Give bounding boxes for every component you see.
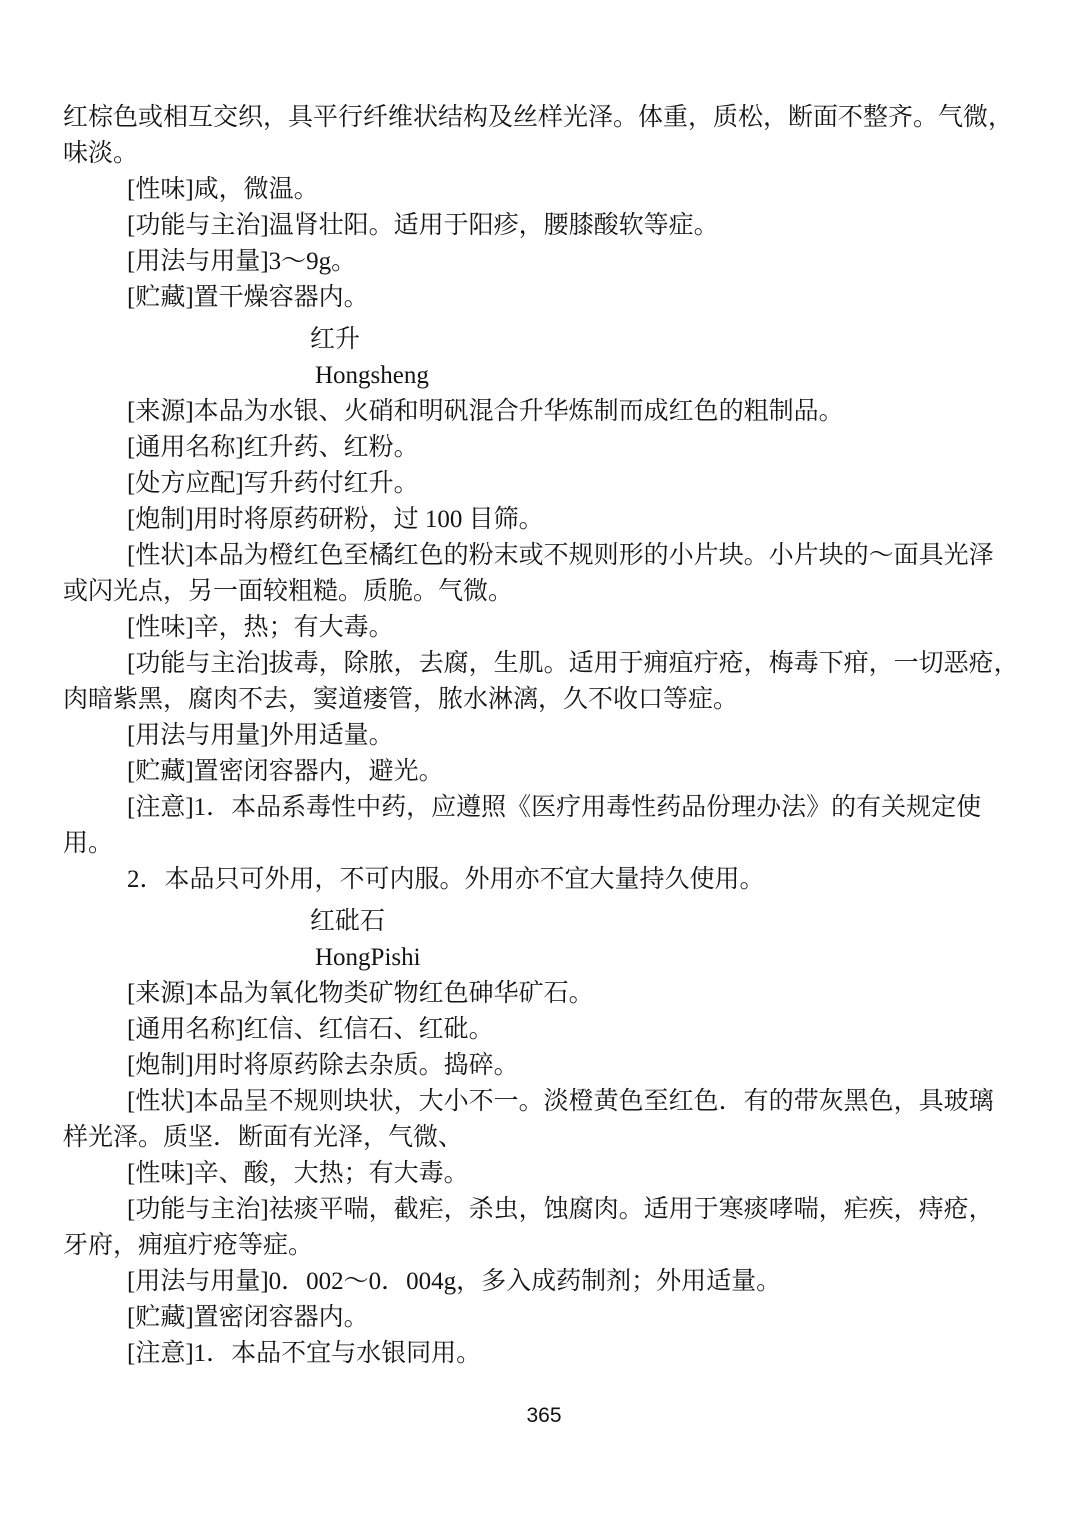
entry-field-paragraph: [功能与主治]祛痰平喘，截疟，杀虫，蚀腐肉。适用于寒痰哮喘，疟疾，痔疮， 牙府，… — [63, 1192, 1025, 1264]
entry-field-paragraph: [通用名称]红升药、红粉。 — [63, 430, 1025, 466]
drug-title-cn: 红砒石 — [310, 904, 1025, 940]
entry-field-paragraph: [注意]1．本品系毒性中药，应遵照《医疗用毒性药品份理办法》的有关规定使 用。 — [63, 790, 1025, 862]
entry-field-paragraph: [贮藏]置密闭容器内。 — [63, 1300, 1025, 1336]
entry-field-paragraph: [性味]咸，微温。 — [63, 172, 1025, 208]
entry-field-paragraph: [性状]本品呈不规则块状，大小不一。淡橙黄色至红色．有的带灰黑色，具玻璃 样光泽… — [63, 1084, 1025, 1156]
entry-field-paragraph: [性状]本品为橙红色至橘红色的粉末或不规则形的小片块。小片块的～面具光泽 或闪光… — [63, 538, 1025, 610]
drug-title-cn: 红升 — [310, 322, 1025, 358]
entry-field-paragraph: [用法与用量]外用适量。 — [63, 718, 1025, 754]
entry-field-paragraph: [功能与主治]拔毒，除脓，去腐，生肌。适用于痈疽疔疮，梅毒下疳，一切恶疮， 肉暗… — [63, 646, 1025, 718]
entry-field-paragraph: [功能与主治]温肾壮阳。适用于阳疹，腰膝酸软等症。 — [63, 208, 1025, 244]
entry-field-paragraph: [炮制]用时将原药研粉，过 100 目筛。 — [63, 502, 1025, 538]
entry-field-paragraph: [贮藏]置干燥容器内。 — [63, 280, 1025, 316]
entry-field-paragraph: [通用名称]红信、红信石、红砒。 — [63, 1012, 1025, 1048]
entry-field-paragraph: [注意]1．本品不宜与水银同用。 — [63, 1336, 1025, 1372]
entry-field-paragraph: [用法与用量]3～9g。 — [63, 244, 1025, 280]
entry-field-paragraph: [来源]本品为氧化物类矿物红色砷华矿石。 — [63, 976, 1025, 1012]
entry-field-paragraph: [用法与用量]0．002～0．004g，多入成药制剂；外用适量。 — [63, 1264, 1025, 1300]
page-number: 365 — [63, 1404, 1025, 1428]
entry-field-paragraph: [贮藏]置密闭容器内，避光。 — [63, 754, 1025, 790]
document-content: 红棕色或相互交织，具平行纤维状结构及丝样光泽。体重，质松，断面不整齐。气微， 味… — [63, 100, 1025, 1372]
entry-field-paragraph: 2．本品只可外用，不可内服。外用亦不宜大量持久使用。 — [63, 862, 1025, 898]
entry-field-paragraph: [性味]辛，热；有大毒。 — [63, 610, 1025, 646]
drug-title-pinyin: HongPishi — [315, 940, 1025, 976]
body-text-continuation: 红棕色或相互交织，具平行纤维状结构及丝样光泽。体重，质松，断面不整齐。气微， 味… — [63, 100, 1025, 172]
document-page: 红棕色或相互交织，具平行纤维状结构及丝样光泽。体重，质松，断面不整齐。气微， 味… — [0, 0, 1087, 1536]
entry-field-paragraph: [来源]本品为水银、火硝和明矾混合升华炼制而成红色的粗制品。 — [63, 394, 1025, 430]
drug-title-pinyin: Hongsheng — [315, 358, 1025, 394]
entry-field-paragraph: [性味]辛、酸，大热；有大毒。 — [63, 1156, 1025, 1192]
entry-field-paragraph: [炮制]用时将原药除去杂质。捣碎。 — [63, 1048, 1025, 1084]
entry-field-paragraph: [处方应配]写升药付红升。 — [63, 466, 1025, 502]
